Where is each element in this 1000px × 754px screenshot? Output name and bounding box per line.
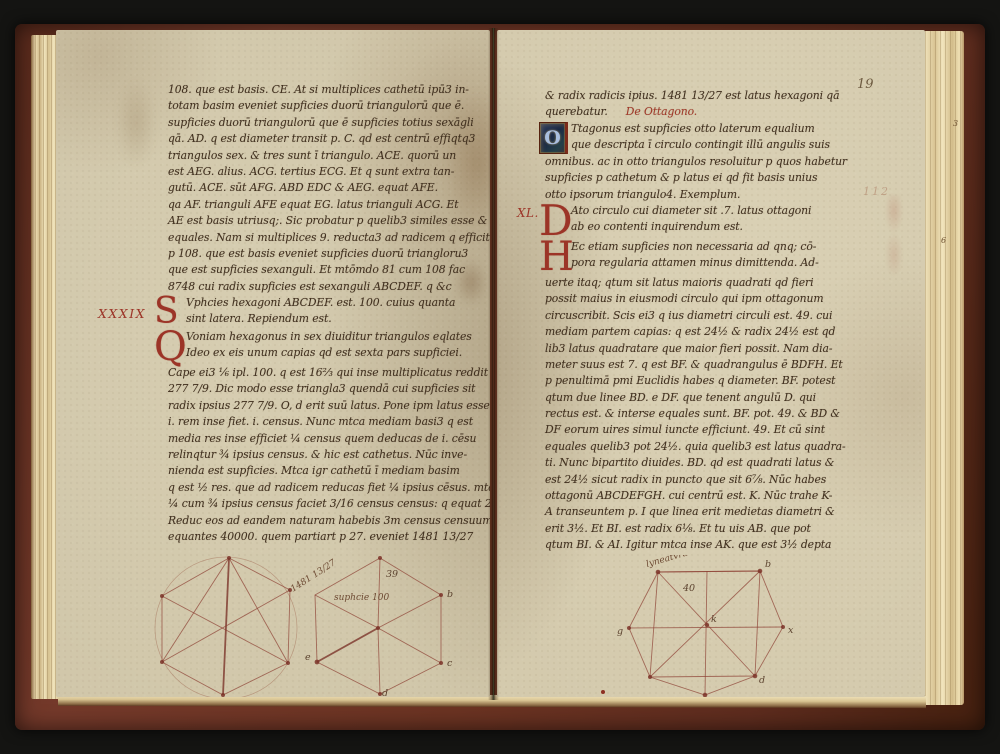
hexagon-diagram: b c d e 1481 13/27 39 suphcie 100: [150, 550, 490, 697]
manuscript-line: pora regularia attamen minus dimittenda.…: [571, 255, 819, 271]
manuscript-line: 277 7/9. Dic modo esse triangla3 quendā …: [168, 381, 488, 397]
left-page: XXXIX 108. que est basis. CE. At si mult…: [56, 30, 490, 697]
red-ink-dot: [601, 690, 605, 694]
manuscript-line: rectus est. & interse equales sunt. BF. …: [545, 406, 893, 422]
manuscript-line: totam basim eveniet supficies duorū tria…: [168, 98, 488, 114]
manuscript-line: ab eo contenti inquirendum est.: [571, 219, 811, 235]
vertex-label: d: [382, 688, 388, 697]
vertex-label: e: [305, 652, 311, 663]
manuscript-line: Vphcies hexagoni ABCDEF. est. 100. cuius…: [186, 295, 455, 311]
drop-cap-h: H: [539, 239, 571, 275]
paragraph: Ato circulo cui diameter sit .7. latus o…: [571, 203, 811, 236]
manuscript-line: lib3 latus quadratare que maior fieri po…: [545, 341, 893, 357]
manuscript-line: supficies p cathetum & p latus ei qd fit…: [545, 170, 893, 186]
diagram-edge-note: lyneatvradij: [645, 555, 700, 570]
manuscript-line: Cape ei3 ⅙ ipl. 100. q est 16⅔ qui inse …: [168, 365, 488, 381]
manuscript-line: Reduc eos ad eandem naturam habebis 3m c…: [168, 513, 488, 529]
manuscript-line: i. rem inse fiet. i. census. Nunc mtca m…: [168, 414, 488, 430]
section-dato: D Ato circulo cui diameter sit .7. latus…: [539, 203, 893, 239]
manuscript-line: sint latera. Repiendum est.: [186, 311, 455, 327]
manuscript-line: ¼ cum ¾ ipsius census faciet 3/16 census…: [168, 496, 488, 512]
section-hec: H Ec etiam supficies non necessaria ad q…: [539, 239, 893, 275]
vertex-label: k: [711, 614, 717, 625]
right-text-block: & radix radicis ipius. 1481 13/27 est la…: [545, 88, 893, 554]
diagram-number: 39: [386, 569, 398, 580]
paragraph: uerte itaq; qtum sit latus maioris quadr…: [545, 275, 893, 554]
vertex-label: x: [788, 625, 794, 636]
initial-letter: O: [544, 127, 561, 149]
manuscript-line: Ec etiam supficies non necessaria ad qnq…: [571, 239, 819, 255]
manuscript-line: meter suus est 7. q est BF. & quadrangul…: [545, 357, 893, 373]
manuscript-line: A transeuntem p. I que linea erit mediet…: [545, 504, 893, 520]
paragraph: Voniam hexagonus in sex diuiditur triang…: [186, 329, 472, 362]
manuscript-line: Ato circulo cui diameter sit .7. latus o…: [571, 203, 811, 219]
manuscript-line: AE est basis utriusq;. Sic probatur p qu…: [168, 213, 488, 229]
section-superficies: S Vphcies hexagoni ABCDEF. est. 100. cui…: [154, 295, 488, 329]
vertex-label: b: [765, 559, 771, 570]
manuscript-line: gutū. ACE. sūt AFG. ABD EDC & AEG. equat…: [168, 180, 488, 196]
manuscript-line: que descripta ī circulo contingit illū a…: [571, 137, 830, 153]
section-quoniam: Q Voniam hexagonus in sex diuiditur tria…: [154, 329, 488, 365]
manuscript-line: q est ½ res. que ad radicem reducas fiet…: [168, 480, 488, 496]
manuscript-line: qtum BI. & AI. Igitur mtca inse AK. que …: [545, 537, 893, 553]
manuscript-line: supficies duorū triangulorū que ē supfic…: [168, 115, 488, 131]
manuscript-line: p penultimā pmi Euclidis habes q diamete…: [545, 373, 893, 389]
vertex-label: g: [617, 626, 623, 637]
manuscript-line: ottagonū ABCDEFGH. cui centrū est. K. Nū…: [545, 488, 893, 504]
manuscript-line: & radix radicis ipius. 1481 13/27 est la…: [545, 88, 893, 104]
manuscript-line: equales. Nam si multiplices 9. reducta3 …: [168, 230, 488, 246]
right-page: 19 112 XL. & radix radicis ipius. 1481 1…: [497, 30, 925, 697]
manuscript-line: media res inse efficiet ¼ census quem de…: [168, 431, 488, 447]
manuscript-line: erit 3½. Et BI. est radix 6⅛. Et tu uis …: [545, 521, 893, 537]
manuscript-line: possit maius in eiusmodi circulo qui ipm…: [545, 291, 893, 307]
vertex-label: c: [447, 658, 453, 669]
manuscript-line: qa AF. trianguli AFE equat EG. latus tri…: [168, 197, 488, 213]
illuminated-initial-o: O: [539, 122, 568, 154]
manuscript-line: relinqtur ¾ ipsius census. & hic est cat…: [168, 447, 488, 463]
octagon-diagram: b g k x d 40 lyneatvradij: [607, 555, 827, 697]
manuscript-line: Ttagonus est supficies otto laterum equa…: [571, 121, 830, 137]
manuscript-line: equantes 40000. quem partiart p 27. even…: [168, 529, 488, 545]
paragraph: Vphcies hexagoni ABCDEF. est. 100. cuius…: [186, 295, 455, 328]
paragraph: 108. que est basis. CE. At si multiplice…: [168, 82, 488, 295]
manuscript-line: qtum due linee BD. e DF. que tenent angu…: [545, 390, 893, 406]
margin-label-xl: XL.: [517, 206, 539, 220]
parchment-stain: [116, 78, 156, 168]
manuscript-line: 108. que est basis. CE. At si multiplice…: [168, 82, 488, 98]
vertex-label: d: [759, 675, 765, 686]
manuscript-line: que est supficies sexanguli. Et mtōmdo 8…: [168, 262, 488, 278]
margin-label-xxxix: XXXIX: [98, 306, 146, 321]
manuscript-line: ti. Nunc bipartito diuides. BD. qd est q…: [545, 455, 893, 471]
manuscript-line: DF eorum uires simul iuncte efficiunt. 4…: [545, 422, 893, 438]
edge-mark: 3: [953, 119, 958, 128]
manuscript-line: radix ipsius 277 7/9. O, d erit suū latu…: [168, 398, 488, 414]
manuscript-line: nienda est supficies. Mtca igr cathetū ī…: [168, 463, 488, 479]
manuscript-line: circuscribit. Scis ei3 q ius diametri ci…: [545, 308, 893, 324]
drop-cap-q: Q: [154, 329, 186, 365]
manuscript-line: mediam partem capias: q est 24½ & radix …: [545, 324, 893, 340]
edge-mark: 6: [941, 236, 946, 245]
vertex-label: b: [447, 589, 453, 600]
left-text-block: 108. que est basis. CE. At si multiplice…: [168, 82, 488, 545]
manuscript-line: est 24½ sicut radix in puncto que sit 6⅞…: [545, 472, 893, 488]
page-edges-right: 3 6: [925, 31, 964, 705]
manuscript-line: p 108. que est basis eveniet supficies d…: [168, 246, 488, 262]
manuscript-line: equales quelib3 pot 24½. quia quelib3 es…: [545, 439, 893, 455]
diagram-number: 40: [682, 583, 695, 594]
manuscript-line: omnibus. ac in otto triangulos resoluitu…: [545, 154, 893, 170]
manuscript-line: Ideo ex eis unum capias qd est sexta par…: [186, 345, 472, 361]
manuscript-line: qā. AD. q est diameter transit p. C. qd …: [168, 131, 488, 147]
diagram-note-radix: 1481 13/27: [289, 558, 338, 595]
paragraph: Ec etiam supficies non necessaria ad qnq…: [571, 239, 819, 272]
manuscript-line: 8748 cui radix supficies est sexanguli A…: [168, 279, 488, 295]
book-gutter: [488, 28, 499, 700]
manuscript-line: Voniam hexagonus in sex diuiditur triang…: [186, 329, 472, 345]
section-octagonus: O Ttagonus est supficies otto laterum eq…: [539, 121, 893, 154]
chapter-heading: De Ottagono.: [626, 105, 697, 118]
manuscript-line: uerte itaq; qtum sit latus maioris quadr…: [545, 275, 893, 291]
paragraph: Cape ei3 ⅙ ipl. 100. q est 16⅔ qui inse …: [168, 365, 488, 545]
diagram-area-label: suphcie 100: [334, 593, 390, 603]
page-edges-left: [31, 35, 58, 699]
manuscript-text: querebatur.: [545, 105, 608, 118]
paragraph: Ttagonus est supficies otto laterum equa…: [571, 121, 830, 154]
folio-number: 19: [857, 77, 874, 92]
manuscript-line: otto ipsorum triangulo4. Exemplum.: [545, 187, 893, 203]
paragraph: omnibus. ac in otto triangulos resoluitu…: [545, 154, 893, 203]
manuscript-line: est AEG. alius. ACG. tertius ECG. Et q s…: [168, 164, 488, 180]
manuscript-line: triangulos sex. & tres sunt ī triangulo.…: [168, 148, 488, 164]
manuscript-line: querebatur.De Ottagono.: [545, 104, 893, 120]
